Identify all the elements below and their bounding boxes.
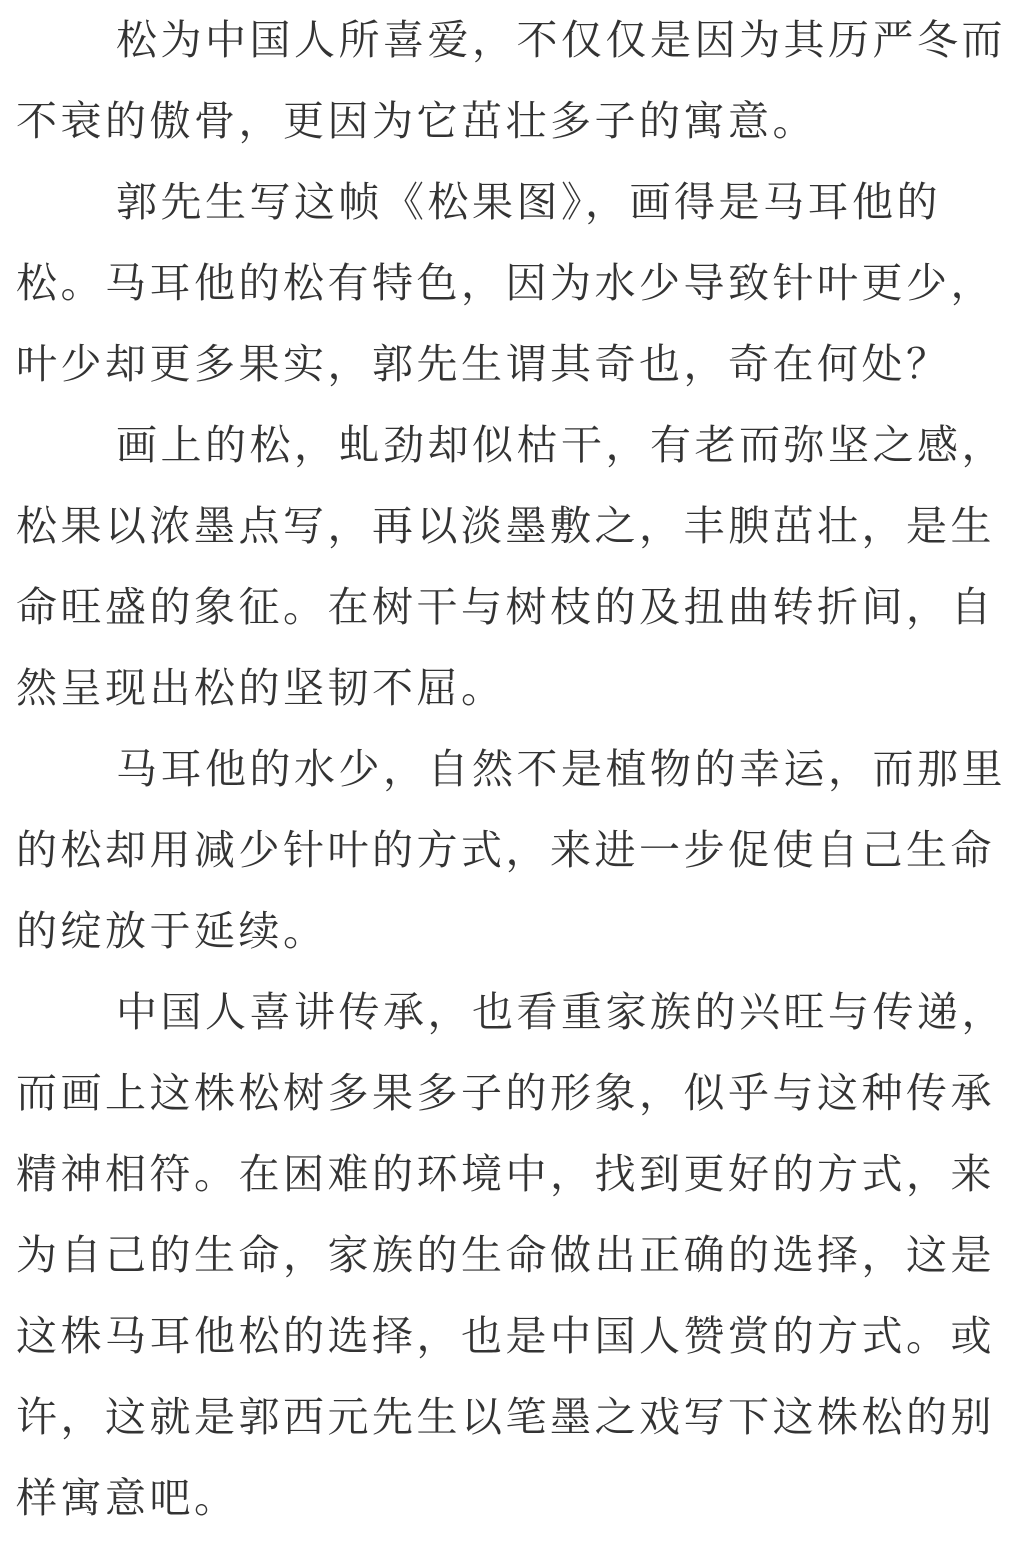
paragraph-5: 中国人喜讲传承，也看重家族的兴旺与传递， 而画上这株松树多果多子的形象，似乎与这…	[16, 972, 1006, 1539]
text-line: 画上的松，虬劲却似枯干，有老而弥坚之感，	[16, 405, 1006, 486]
text-line: 然呈现出松的坚韧不屈。	[16, 648, 1006, 729]
text-line: 松为中国人所喜爱，不仅仅是因为其历严冬而	[16, 0, 1006, 81]
text-line: 松果以浓墨点写，再以淡墨敷之，丰腴茁壮，是生	[16, 486, 1006, 567]
text-line: 叶少却更多果实，郭先生谓其奇也，奇在何处？	[16, 324, 1006, 405]
text-line: 郭先生写这帧《松果图》，画得是马耳他的	[16, 162, 1006, 243]
paragraph-2: 郭先生写这帧《松果图》，画得是马耳他的 松。马耳他的松有特色，因为水少导致针叶更…	[16, 162, 1006, 405]
paragraph-1: 松为中国人所喜爱，不仅仅是因为其历严冬而 不衰的傲骨，更因为它茁壮多子的寓意。	[16, 0, 1006, 162]
paragraph-4: 马耳他的水少，自然不是植物的幸运，而那里 的松却用减少针叶的方式，来进一步促使自…	[16, 729, 1006, 972]
text-line: 的绽放于延续。	[16, 891, 1006, 972]
text-line: 不衰的傲骨，更因为它茁壮多子的寓意。	[16, 81, 1006, 162]
text-line: 精神相符。在困难的环境中，找到更好的方式，来	[16, 1134, 1006, 1215]
text-line: 样寓意吧。	[16, 1458, 1006, 1539]
text-line: 为自己的生命，家族的生命做出正确的选择，这是	[16, 1215, 1006, 1296]
text-line: 中国人喜讲传承，也看重家族的兴旺与传递，	[16, 972, 1006, 1053]
text-line: 命旺盛的象征。在树干与树枝的及扭曲转折间，自	[16, 567, 1006, 648]
text-line: 马耳他的水少，自然不是植物的幸运，而那里	[16, 729, 1006, 810]
text-line: 许，这就是郭西元先生以笔墨之戏写下这株松的别	[16, 1377, 1006, 1458]
text-line: 这株马耳他松的选择，也是中国人赞赏的方式。或	[16, 1296, 1006, 1377]
paragraph-3: 画上的松，虬劲却似枯干，有老而弥坚之感， 松果以浓墨点写，再以淡墨敷之，丰腴茁壮…	[16, 405, 1006, 729]
text-line: 而画上这株松树多果多子的形象，似乎与这种传承	[16, 1053, 1006, 1134]
text-line: 松。马耳他的松有特色，因为水少导致针叶更少，	[16, 243, 1006, 324]
text-line: 的松却用减少针叶的方式，来进一步促使自己生命	[16, 810, 1006, 891]
article-body: 松为中国人所喜爱，不仅仅是因为其历严冬而 不衰的傲骨，更因为它茁壮多子的寓意。 …	[16, 0, 1006, 1539]
